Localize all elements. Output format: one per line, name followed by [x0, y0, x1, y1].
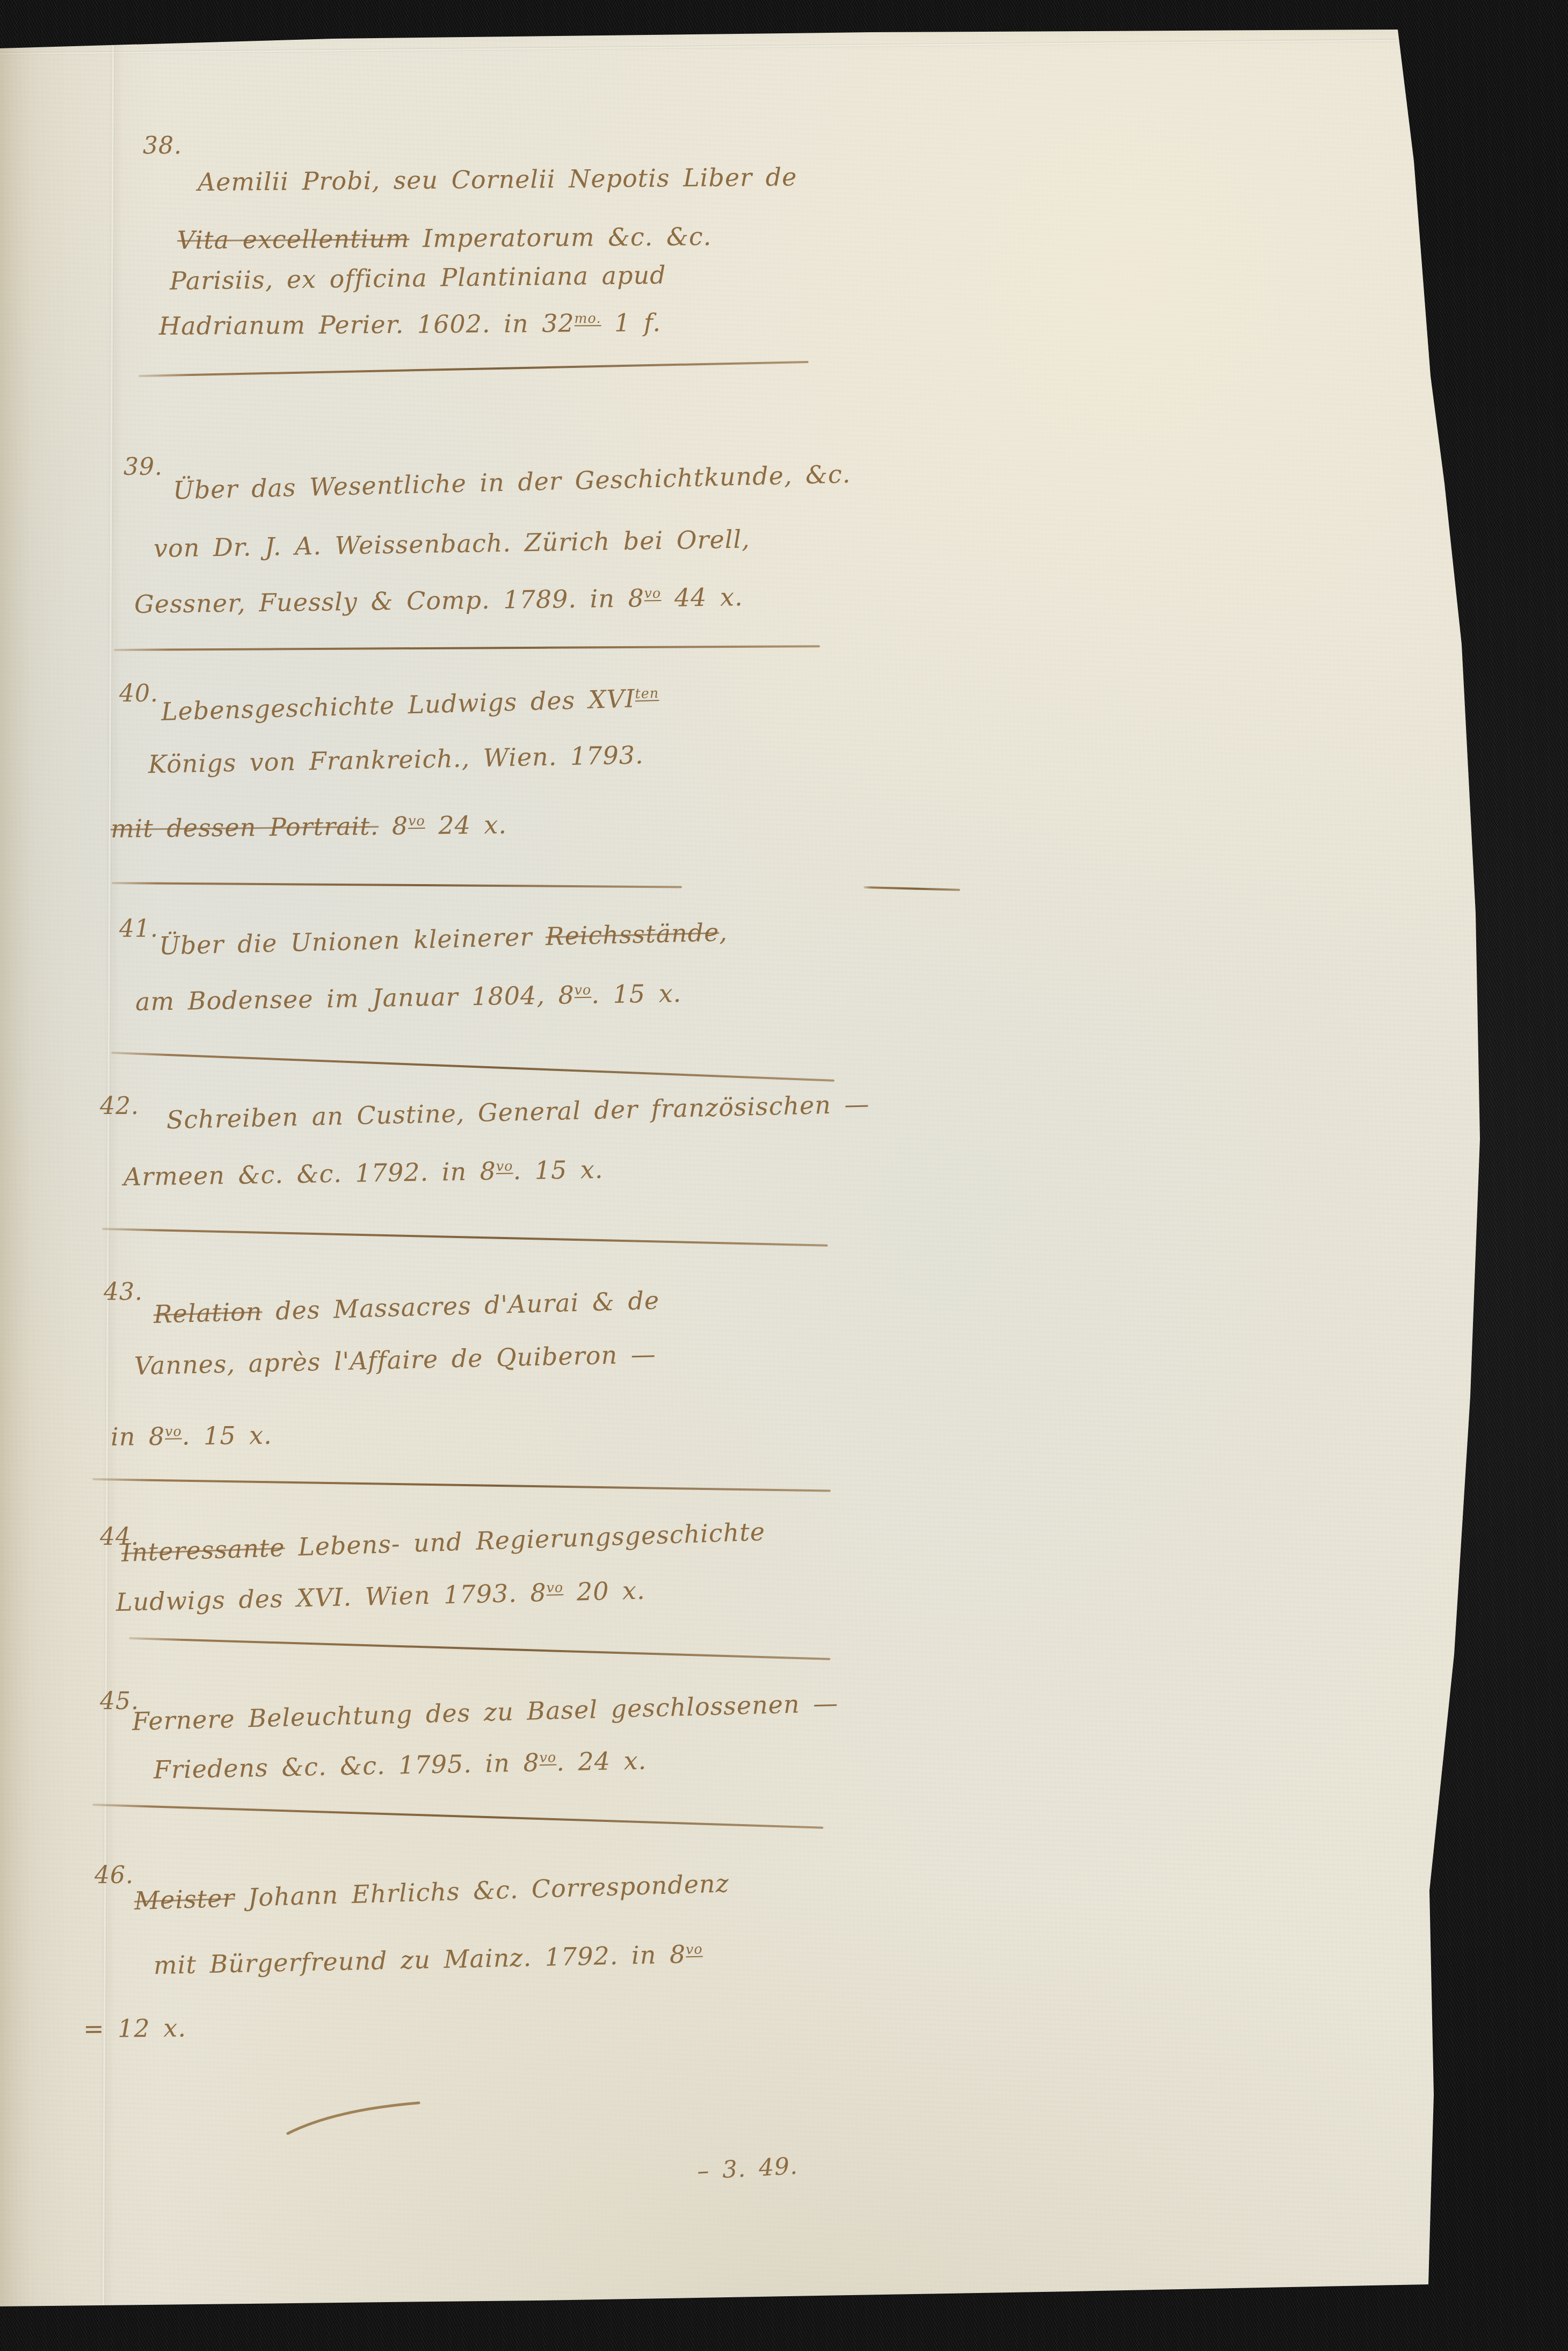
catalog-entry: 40.Lebensgeschichte Ludwigs des XVItenKö… [0, 0, 1568, 2351]
entry-line: Über die Unionen kleinerer Reichsstände, [158, 917, 728, 960]
entry-line: mit dessen Portrait. 8vo 24 x. [111, 810, 507, 843]
top-fold-crease [0, 39, 1396, 55]
flourish-stroke [284, 2095, 445, 2143]
catalog-entry: 42.Schreiben an Custine, General der fra… [0, 0, 1568, 2351]
entry-separator-rule [102, 1228, 828, 1247]
entry-line: Ludwigs des XVI. Wien 1793. 8vo 20 x. [115, 1576, 645, 1617]
entry-separator-rule [112, 882, 682, 888]
entry-number: 44. [100, 1523, 139, 1551]
entry-separator-rule [111, 1052, 834, 1082]
catalog-entry: 43.Relation des Massacres d'Aurai & deVa… [0, 0, 1568, 2351]
entry-line: von Dr. J. A. Weissenbach. Zürich bei Or… [154, 525, 751, 563]
entry-line: mit Bürgerfreund zu Mainz. 1792. in 8vo [153, 1940, 703, 1980]
catalog-entry: 39.Über das Wesentliche in der Geschicht… [0, 0, 1568, 2351]
entry-line: Parisiis, ex officina Plantiniana apud [170, 261, 666, 295]
entry-separator-rule [129, 1637, 831, 1660]
entry-line: Hadrianum Perier. 1602. in 32mo. 1 f. [159, 308, 661, 341]
entry-line: = 12 x. [83, 2013, 186, 2043]
page-sum-notation: – 3. 49. [696, 2152, 798, 2185]
entry-number: 46. [95, 1862, 134, 1889]
entry-line: Meister Johann Ehrlichs &c. Corresponden… [134, 1869, 729, 1915]
entry-line: Königs von Frankreich., Wien. 1793. [148, 740, 644, 779]
catalog-entry: 41.Über die Unionen kleinerer Reichsstän… [0, 0, 1568, 2351]
catalog-entry: 38.Aemilii Probi, seu Cornelii Nepotis L… [0, 0, 1568, 2351]
entry-number: 41. [119, 915, 158, 943]
entry-number: 42. [100, 1093, 139, 1120]
entry-line: Vannes, après l'Affaire de Quiberon — [134, 1340, 656, 1380]
entry-number: 39. [124, 453, 163, 481]
catalog-entry: 46.Meister Johann Ehrlichs &c. Correspon… [0, 0, 1568, 2351]
entry-line: Lebensgeschichte Ludwigs des XVIten [161, 683, 659, 726]
entry-number: 40. [119, 680, 158, 707]
entry-line: Fernere Beleuchtung des zu Basel geschlo… [132, 1689, 838, 1736]
entry-line: Über das Wesentliche in der Geschichtkun… [172, 459, 851, 505]
entry-number: 45. [100, 1688, 139, 1715]
entry-line: Friedens &c. &c. 1795. in 8vo. 24 x. [153, 1746, 647, 1784]
entry-number: 43. [104, 1278, 143, 1306]
scan-background: 38.Aemilii Probi, seu Cornelii Nepotis L… [0, 0, 1568, 2351]
manuscript-page: 38.Aemilii Probi, seu Cornelii Nepotis L… [0, 0, 1568, 2351]
entry-line: Interessante Lebens- und Regierungsgesch… [121, 1517, 766, 1567]
entry-line: am Bodensee im Januar 1804, 8vo. 15 x. [135, 979, 682, 1016]
entry-separator-rule [92, 1478, 831, 1492]
vertical-fold-crease [101, 43, 115, 2306]
entry-line: Armeen &c. &c. 1792. in 8vo. 15 x. [124, 1155, 604, 1191]
entry-line: Gessner, Fuessly & Comp. 1789. in 8vo 44… [134, 582, 743, 619]
entry-separator-rule [92, 1804, 823, 1829]
entry-line: in 8vo. 15 x. [111, 1421, 272, 1451]
entry-separator-rule [114, 645, 820, 651]
entry-line: Schreiben an Custine, General der franzö… [166, 1089, 870, 1134]
catalog-entry: 44.Interessante Lebens- und Regierungsge… [0, 0, 1568, 2351]
entry-separator-rule [139, 361, 809, 377]
entry-separator-rule [863, 886, 960, 891]
entry-number: 38. [143, 132, 182, 160]
entry-line: Relation des Massacres d'Aurai & de [153, 1286, 659, 1329]
entry-line: Vita excellentium Imperatorum &c. &c. [177, 222, 712, 255]
entry-line: Aemilii Probi, seu Cornelii Nepotis Libe… [198, 162, 797, 197]
catalog-entry: 45.Fernere Beleuchtung des zu Basel gesc… [0, 0, 1568, 2351]
